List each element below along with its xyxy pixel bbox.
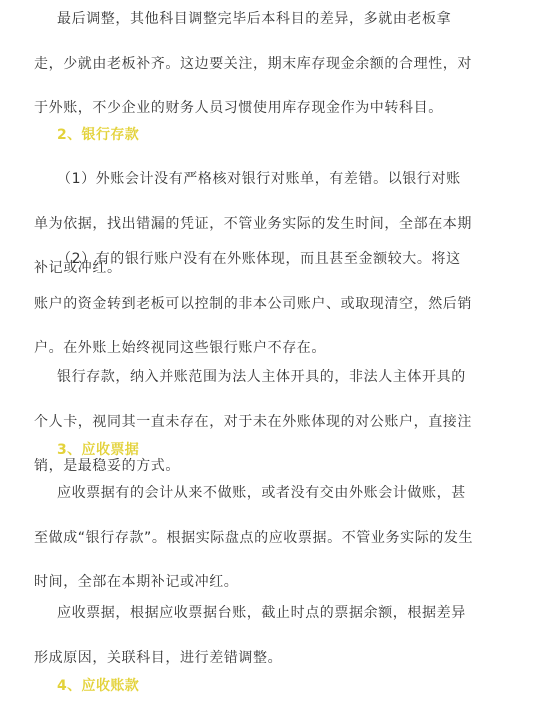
article: 最后调整，其他科目调整完毕后本科目的差异，多就由老板拿走，少就由老板补齐。这边要… — [0, 0, 555, 720]
paragraph-notes-1: 应收票据有的会计从来不做账，或者没有交由外账会计做账，甚至做成“银行存款”。根据… — [34, 471, 474, 605]
section-heading-notes-receivable: 3、应收票据 — [57, 440, 139, 460]
section-heading-bank-deposits: 2、银行存款 — [57, 125, 139, 145]
section-heading-accounts-receivable: 4、应收账款 — [57, 676, 139, 696]
paragraph-cash-adjustment: 最后调整，其他科目调整完毕后本科目的差异，多就由老板拿走，少就由老板补齐。这边要… — [34, 0, 474, 131]
paragraph-notes-2: 应收票据，根据应收票据台账，截止时点的票据余额，根据差异形成原因，关联科目，进行… — [34, 591, 474, 680]
paragraph-bank-2: （2）有的银行账户没有在外账体现，而且甚至金额较大。将这账户的资金转到老板可以控… — [34, 237, 474, 371]
paragraph-bank-3: 银行存款，纳入并账范围为法人主体开具的，非法人主体开具的个人卡，视同其一直未存在… — [34, 355, 474, 489]
